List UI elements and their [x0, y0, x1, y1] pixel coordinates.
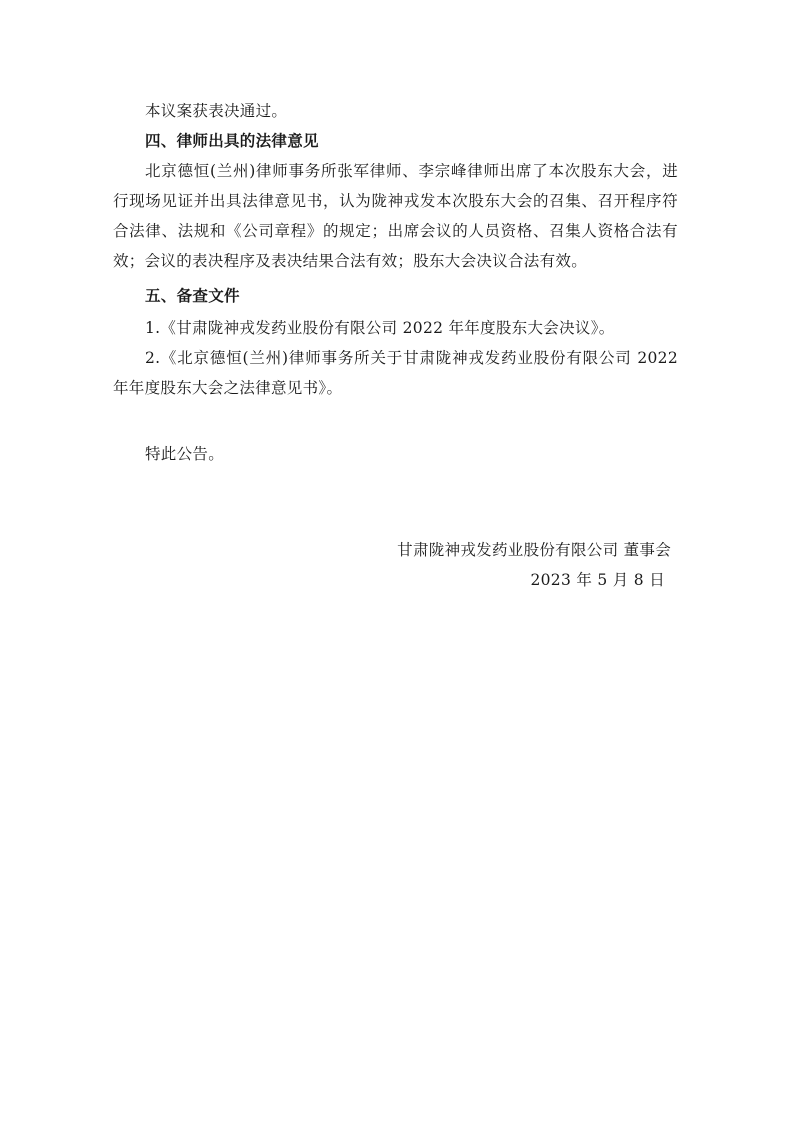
section-4-heading: 四、律师出具的法律意见	[145, 131, 319, 151]
motion-result-text: 本议案获表决通过。	[145, 101, 287, 121]
section-4-paragraph-line-2: 行现场见证并出具法律意见书，认为陇神戎发本次股东大会的召集、召开程序符	[113, 191, 678, 211]
reference-document-1: 1.《甘肃陇神戎发药业股份有限公司 2022 年年度股东大会决议》。	[145, 318, 615, 338]
section-4-paragraph-line-1: 北京德恒(兰州)律师事务所张军律师、李宗峰律师出席了本次股东大会，进	[145, 161, 678, 181]
document-page: 本议案获表决通过。 四、律师出具的法律意见 北京德恒(兰州)律师事务所张军律师、…	[0, 0, 793, 1122]
signature-organization: 甘肃陇神戎发药业股份有限公司 董事会	[397, 540, 671, 560]
reference-document-2-line-1: 2.《北京德恒(兰州)律师事务所关于甘肃陇神戎发药业股份有限公司 2022	[145, 348, 678, 368]
reference-document-2-line-2: 年年度股东大会之法律意见书》。	[113, 378, 342, 398]
section-4-paragraph-line-4: 效；会议的表决程序及表决结果合法有效；股东大会决议合法有效。	[113, 251, 587, 271]
section-4-paragraph-line-3: 合法律、法规和《公司章程》的规定；出席会议的人员资格、召集人资格合法有	[113, 221, 678, 241]
signature-date: 2023 年 5 月 8 日	[530, 570, 665, 590]
section-5-heading: 五、备查文件	[145, 286, 240, 306]
closing-statement: 特此公告。	[145, 444, 224, 464]
